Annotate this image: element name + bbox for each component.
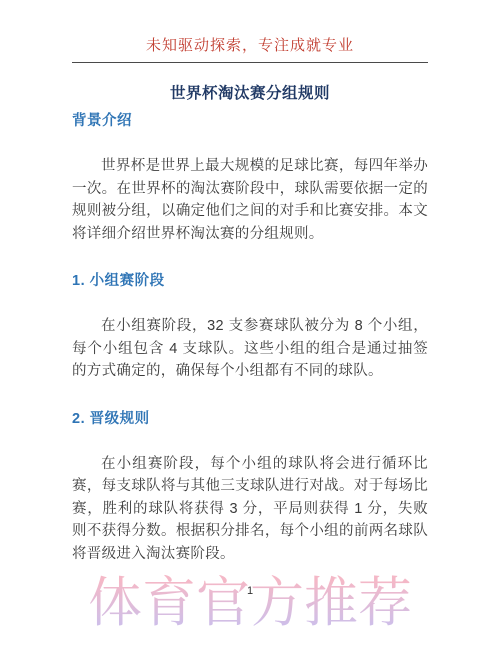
- page-number: 1: [0, 585, 500, 597]
- section-heading-group-stage: 1. 小组赛阶段: [72, 271, 428, 291]
- section-paragraph-group-stage: 在小组赛阶段，32 支参赛球队被分为 8 个小组，每个小组包含 4 支球队。这些…: [72, 315, 428, 383]
- header-slogan: 未知驱动探索，专注成就专业: [72, 34, 428, 63]
- section-heading-advancement-rules: 2. 晋级规则: [72, 409, 428, 429]
- page-title: 世界杯淘汰赛分组规则: [72, 81, 428, 103]
- section-heading-background: 背景介绍: [72, 111, 428, 131]
- document-body: 背景介绍 世界杯是世界上最大规模的足球比赛，每四年举办一次。在世界杯的淘汰赛阶段…: [72, 111, 428, 591]
- section-paragraph-advancement-rules: 在小组赛阶段，每个小组的球队将会进行循环比赛，每支球队将与其他三支球队进行对战。…: [72, 453, 428, 566]
- section-paragraph-background: 世界杯是世界上最大规模的足球比赛，每四年举办一次。在世界杯的淘汰赛阶段中，球队需…: [72, 155, 428, 245]
- document-page: 未知驱动探索，专注成就专业 世界杯淘汰赛分组规则 背景介绍 世界杯是世界上最大规…: [0, 0, 500, 647]
